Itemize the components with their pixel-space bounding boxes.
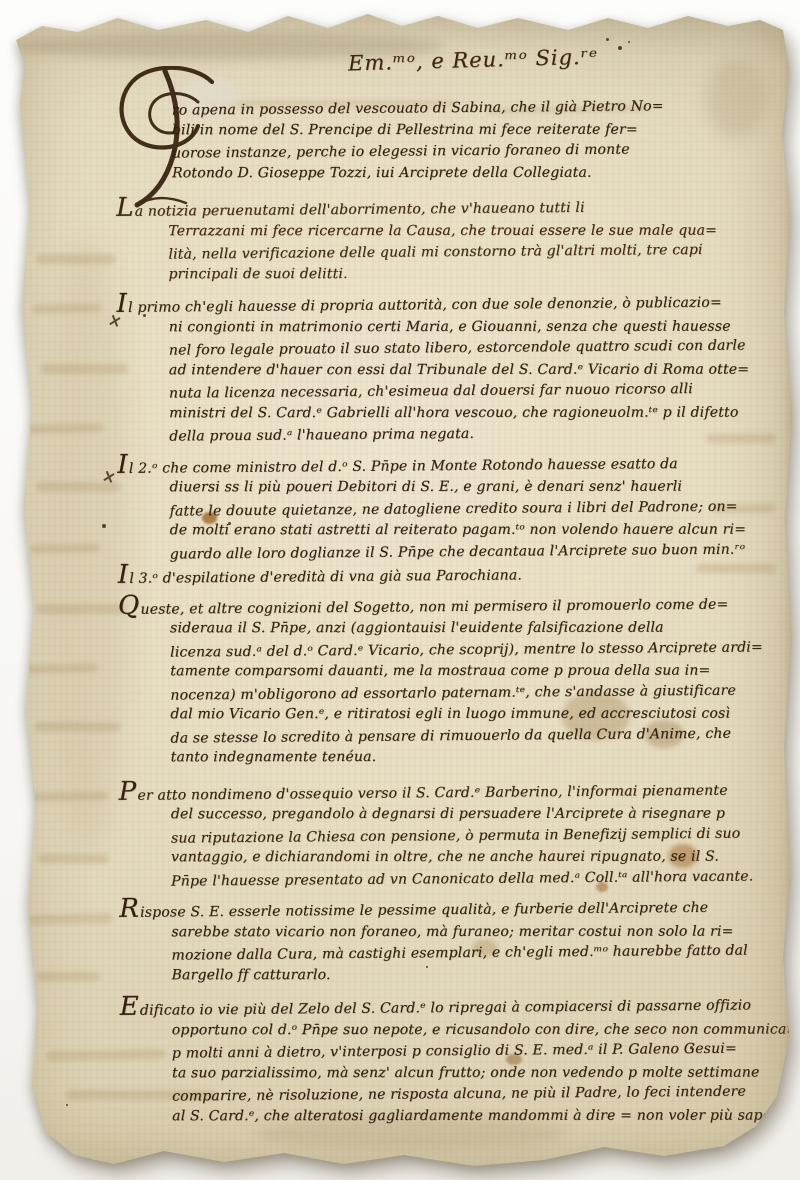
show-through-line bbox=[32, 303, 102, 313]
manuscript-line: ro apena in possesso del vescouato di Sa… bbox=[172, 95, 788, 122]
paragraph-initial: R bbox=[119, 894, 139, 924]
manuscript-line: opportuno col d.ᵒ Pn̄pe suo nepote, e ri… bbox=[172, 1019, 792, 1041]
manuscript-line: sideraua il S. Pn̄pe, anzi (aggiontauisi… bbox=[170, 618, 790, 640]
manuscript-line: guardo alle loro doglianze il S. Pn̄pe c… bbox=[170, 539, 790, 566]
manuscript-line: dal mio Vicario Gen.ᵉ, e ritiratosi egli… bbox=[170, 704, 790, 726]
paragraph-initial: I bbox=[117, 449, 128, 479]
paper-shadow: Em.ᵐᵒ, e Reu.ᵐᵒ Sig.ʳᵉ ro apena in posse… bbox=[6, 4, 792, 1174]
paragraph: Queste, et altre cognizioni del Sogetto,… bbox=[118, 595, 791, 770]
paragraph: Il 3.ᵒ d'espilatione d'eredità di vna gi… bbox=[118, 565, 790, 589]
ink-speck bbox=[102, 524, 106, 528]
manuscript-line: Il 3.ᵒ d'espilatione d'eredità di vna gi… bbox=[118, 563, 790, 590]
salutation-line: Em.ᵐᵒ, e Reu.ᵐᵒ Sig.ʳᵉ bbox=[348, 45, 599, 76]
manuscript-line: principali de suoi delitti. bbox=[168, 263, 788, 285]
ink-speck bbox=[628, 41, 630, 43]
manuscript-line: comparire, nè risoluzione, ne risposta a… bbox=[172, 1081, 792, 1108]
manuscript-line: ta suo parzialissimo, mà senz' alcun fru… bbox=[172, 1062, 792, 1084]
show-through-line bbox=[40, 364, 128, 374]
manuscript-line: sarebbe stato vicario non foraneo, mà fu… bbox=[171, 921, 791, 943]
show-through-line bbox=[28, 913, 112, 925]
paragraph: ro apena in possesso del vescouato di Sa… bbox=[116, 97, 788, 186]
paragraph-initial: I bbox=[116, 289, 127, 319]
show-through-line bbox=[36, 604, 126, 614]
show-through-line bbox=[36, 254, 116, 264]
show-through-line bbox=[36, 972, 100, 981]
show-through-line bbox=[30, 543, 100, 553]
paragraph: Rispose S. E. esserle notissime le pessi… bbox=[119, 899, 791, 988]
manuscript-line: ni congionti in matrimonio certi Maria, … bbox=[169, 316, 789, 338]
manuscript-line: tamente comparsomi dauanti, me la mostra… bbox=[170, 661, 790, 683]
manuscript-line: ministri del S. Card.ᵉ Gabrielli all'hor… bbox=[169, 402, 789, 424]
show-through-line bbox=[34, 722, 120, 732]
manuscript-line: Pn̄pe l'hauesse presentato ad vn Canonic… bbox=[171, 866, 791, 893]
manuscript-line: fatte le douute quietanze, ne datogliene… bbox=[169, 496, 789, 523]
manuscript-line: La notizia peruenutami dell'aborrimento,… bbox=[116, 196, 788, 223]
show-through-line bbox=[28, 423, 104, 434]
show-through-line bbox=[36, 482, 120, 492]
show-through-line bbox=[38, 854, 108, 863]
manuscript-line: vantaggio, e dichiarandomi in oltre, che… bbox=[171, 847, 791, 869]
paragraph: Per atto nondimeno d'ossequio verso il S… bbox=[119, 781, 791, 891]
manuscript-line: nocenza) m'obligorono ad essortarlo pate… bbox=[170, 680, 790, 707]
manuscript-line: de molti erano stati astretti al reitera… bbox=[170, 520, 790, 542]
manuscript-line: da se stesse lo scredito à pensare di ri… bbox=[170, 723, 790, 750]
manuscript-line: tanto indegnamente tenéua. bbox=[171, 747, 791, 769]
scanned-manuscript: Em.ᵐᵒ, e Reu.ᵐᵒ Sig.ʳᵉ ro apena in posse… bbox=[0, 0, 800, 1180]
manuscript-line: al S. Card.ᵉ, che alteratosi gagliardame… bbox=[172, 1105, 792, 1127]
paragraph-initial: Q bbox=[118, 590, 140, 620]
paragraph-initial: I bbox=[118, 560, 129, 590]
manuscript-line: nel foro legale prouato il suo stato lib… bbox=[169, 335, 789, 362]
paragraph: La notizia peruenutami dell'aborrimento,… bbox=[116, 198, 788, 287]
manuscript-line: Rotondo D. Gioseppe Tozzi, iui Arciprete… bbox=[172, 162, 788, 184]
manuscript-line: licenza sud.ᵃ del d.ᵒ Card.ᵉ Vicario, ch… bbox=[170, 637, 790, 664]
show-through-line bbox=[30, 791, 108, 802]
manuscript-line: diuersi ss li più poueri Debitori di S. … bbox=[169, 477, 789, 499]
manuscript-page: Em.ᵐᵒ, e Reu.ᵐᵒ Sig.ʳᵉ ro apena in posse… bbox=[6, 4, 792, 1174]
manuscript-line: p molti anni à dietro, v'interposi p con… bbox=[172, 1038, 792, 1065]
manuscript-line: Edificato io vie più del Zelo del S. Car… bbox=[120, 995, 792, 1022]
manuscript-line: lità, nella verificazione delle quali mi… bbox=[168, 239, 788, 266]
paragraph-initial: L bbox=[116, 193, 134, 223]
manuscript-line: Rispose S. E. esserle notissime le pessi… bbox=[119, 897, 791, 924]
manuscript-line: mozione dalla Cura, mà castighi esemplar… bbox=[171, 940, 791, 967]
manuscript-line: del successo, pregandolo à degnarsi di p… bbox=[171, 804, 791, 826]
manuscript-text: ro apena in possesso del vescouato di Sa… bbox=[116, 97, 793, 1139]
paragraph-initial: E bbox=[120, 992, 139, 1022]
manuscript-line: bili in nome del S. Prencipe di Pellestr… bbox=[172, 119, 788, 141]
manuscript-line: Terrazzani mi fece ricercarne la Causa, … bbox=[168, 220, 788, 242]
ink-speck bbox=[66, 1104, 68, 1106]
manuscript-line: della proua sud.ᵃ l'haueano prima negata… bbox=[169, 421, 789, 448]
manuscript-line: sua riputazione la Chiesa con pensione, … bbox=[171, 823, 791, 850]
manuscript-line: Il primo ch'egli hauesse di propria autt… bbox=[117, 292, 789, 319]
ink-speck bbox=[606, 38, 609, 41]
show-through-line bbox=[26, 663, 98, 674]
manuscript-line: uorose instanze, perche io elegessi in v… bbox=[172, 138, 788, 165]
paragraph: Il 2.ᵒ che come ministro del d.ᵒ S. Pn̄p… bbox=[117, 454, 789, 564]
paragraph: Il primo ch'egli hauesse di propria autt… bbox=[117, 294, 790, 447]
ink-speck bbox=[618, 46, 622, 50]
manuscript-line: nuta la licenza necessaria, ch'esimeua d… bbox=[169, 378, 789, 405]
paragraph: Edificato io vie più del Zelo del S. Car… bbox=[120, 997, 793, 1129]
manuscript-line: ad intendere d'hauer con essi dal Tribun… bbox=[169, 359, 789, 381]
manuscript-line: Bargello ff catturarlo. bbox=[172, 964, 792, 986]
paragraph-initial: P bbox=[119, 776, 137, 806]
